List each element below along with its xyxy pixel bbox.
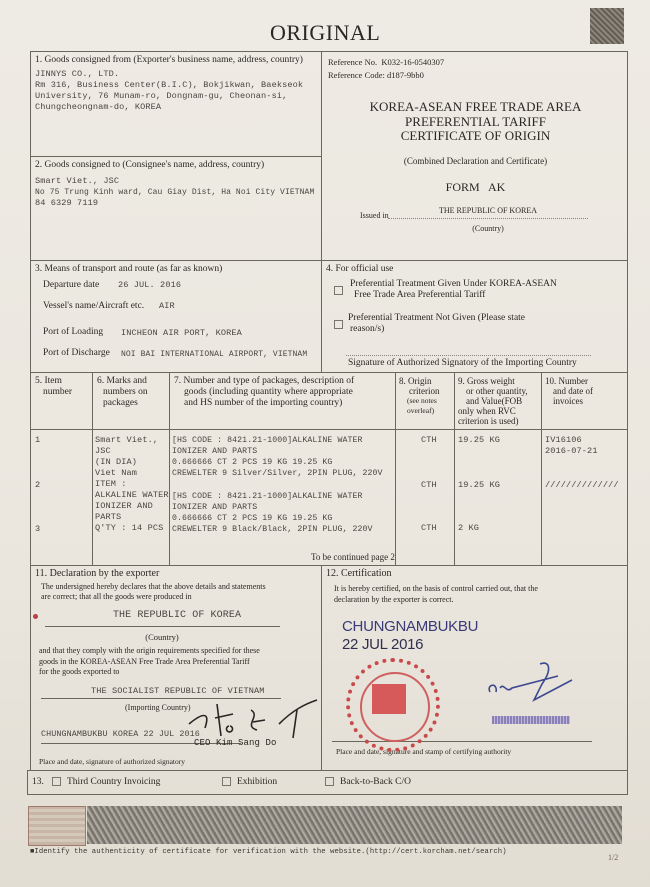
box-13-options: 13. Third Country Invoicing Exhibition B… (27, 770, 628, 795)
departure-date-value: 26 JUL. 2016 (118, 280, 181, 291)
produced-country: THE REPUBLIC OF KOREA (31, 610, 323, 621)
reference-code-label: Reference Code: (328, 70, 385, 80)
certification-text: It is hereby certified, on the basis of … (334, 583, 538, 605)
chamber-seal-icon (346, 658, 440, 752)
importing-signature-caption: Signature of Authorized Signatory of the… (348, 358, 577, 369)
box2-label: 2. Goods consigned to (Consignee's name,… (35, 160, 264, 171)
certifier-footer-caption: Place and date, signature and stamp of c… (336, 746, 511, 757)
third-country-invoicing-option[interactable]: Third Country Invoicing (52, 777, 160, 788)
reference-code-value: d187-9bb0 (387, 70, 424, 80)
marks-and-numbers: Smart Viet.,JSC(IN DIA)Viet NamITEM :ALK… (95, 435, 169, 534)
page-number: 1/2 (608, 852, 618, 863)
back-to-back-checkbox[interactable] (325, 777, 334, 786)
row1-item: 1 (35, 435, 40, 446)
box-official-use: 4. For official use Preferential Treatme… (321, 260, 628, 373)
preferential-not-given-checkbox[interactable] (334, 320, 343, 329)
security-barcode-pattern (87, 806, 622, 844)
exhibition-option[interactable]: Exhibition (222, 777, 277, 788)
row1-invoice: IV161062016-07-21 (545, 435, 598, 457)
exporter-place-date: CHUNGNAMBUKBU KOREA 22 JUL 2016 (41, 729, 200, 740)
certifier-signature-icon (482, 658, 582, 708)
box4-label: 4. For official use (326, 264, 393, 275)
row2-item: 2 (35, 480, 40, 491)
reference-no-label: Reference No. (328, 57, 377, 67)
port-discharge-label: Port of Discharge (43, 348, 110, 359)
goods-table: 5. Itemnumber 6. Marks andnumbers onpack… (30, 372, 628, 566)
vessel-label: Vessel's name/Aircraft etc. (43, 301, 144, 312)
security-pattern-small (28, 806, 86, 846)
certificate-subheading: (Combined Declaration and Certificate) (322, 156, 629, 167)
box-transport: 3. Means of transport and route (as far … (30, 260, 322, 373)
form-name: FORM AK (322, 180, 629, 195)
qr-code-icon (590, 8, 624, 44)
continued-note: To be continued page 2 (311, 552, 395, 563)
exporter-address-1: Rm 316, Business Center(B.I.C), Bokjikwa… (35, 80, 303, 91)
port-loading-value: INCHEON AIR PORT, KOREA (121, 328, 242, 339)
row1-origin: CTH (421, 435, 437, 446)
port-loading-label: Port of Loading (43, 327, 103, 338)
consignee-name: Smart Viet., JSC (35, 176, 119, 187)
box-exporter: 1. Goods consigned from (Exporter's busi… (30, 51, 322, 157)
third-country-checkbox[interactable] (52, 777, 61, 786)
header-marks: 6. Marks andnumbers onpackages (97, 376, 148, 409)
certificate-heading: KOREA-ASEAN FREE TRADE AREA PREFERENTIAL… (322, 100, 629, 144)
row2-description: [HS CODE : 8421.21-1000]ALKALINE WATERIO… (172, 491, 373, 535)
verification-note: ■Identify the authenticity of certificat… (30, 847, 507, 858)
box13-label: 13. (32, 777, 44, 788)
produced-country-caption: (Country) (31, 632, 293, 643)
preferential-not-given-label: Preferential Treatment Not Given (Please… (348, 313, 525, 335)
preferential-given-label: Preferential Treatment Given Under KOREA… (350, 279, 557, 301)
row3-origin: CTH (421, 523, 437, 534)
certificate-page: ORIGINAL 1. Goods consigned from (Export… (0, 0, 650, 887)
back-to-back-option[interactable]: Back-to-Back C/O (325, 777, 411, 788)
vessel-value: AIR (159, 301, 175, 312)
preferential-given-checkbox[interactable] (334, 286, 343, 295)
reference-block: Reference No. K032-16-0540307 Reference … (321, 51, 628, 261)
header-gross-weight: 9. Gross weightor other quantity,and Val… (458, 376, 528, 426)
exporter-signature-icon (181, 696, 321, 746)
header-description: 7. Number and type of packages, descript… (174, 376, 354, 409)
exporter-name: JINNYS CO., LTD. (35, 69, 119, 80)
exporter-address-3: Chungcheongnam-do, KOREA (35, 102, 161, 113)
row3-item: 3 (35, 524, 40, 535)
declaration-text-2: and that they comply with the origin req… (39, 646, 260, 678)
issued-country-caption: (Country) (388, 223, 588, 234)
issued-in-country: THE REPUBLIC OF KOREA (388, 206, 588, 215)
stamp-place: CHUNGNAMBUKBU (342, 618, 478, 636)
document-title: ORIGINAL (270, 20, 380, 46)
exporter-footer-caption: Place and date, signature of authorized … (39, 756, 185, 767)
stamp-date: 22 JUL 2016 (342, 636, 423, 654)
reference-no-value: K032-16-0540307 (381, 57, 444, 67)
issued-in-label: Issued in (360, 210, 389, 221)
departure-date-label: Departure date (43, 280, 99, 291)
row1-description: [HS CODE : 8421.21-1000]ALKALINE WATERIO… (172, 435, 383, 479)
box-exporter-declaration: 11. Declaration by the exporter The unde… (30, 565, 322, 771)
consignee-phone: 84 6329 7119 (35, 198, 98, 209)
consignee-address: No 75 Trung Kinh ward, Cau Giay Dist, Ha… (35, 187, 314, 198)
exporter-address-2: University, 76 Munam-ro, Dongnam-gu, Che… (35, 91, 287, 102)
header-item-number: 5. Itemnumber (35, 376, 72, 398)
header-origin-criterion: 8. Origincriterion(see notesoverleaf) (399, 376, 440, 416)
box3-label: 3. Means of transport and route (as far … (35, 264, 222, 275)
declaration-text-1: The undersigned hereby declares that the… (41, 582, 266, 602)
row2-invoice: ////////////// (545, 480, 619, 491)
port-discharge-value: NOI BAI INTERNATIONAL AIRPORT, VIETNAM (121, 349, 307, 360)
box-consignee: 2. Goods consigned to (Consignee's name,… (30, 156, 322, 261)
box12-label: 12. Certification (326, 568, 392, 579)
row2-weight: 19.25 KG (458, 480, 500, 491)
header-invoices: 10. Numberand date ofinvoices (545, 376, 593, 406)
row2-origin: CTH (421, 480, 437, 491)
row3-weight: 2 KG (458, 523, 479, 534)
exhibition-checkbox[interactable] (222, 777, 231, 786)
box1-label: 1. Goods consigned from (Exporter's busi… (35, 55, 303, 66)
row1-weight: 19.25 KG (458, 435, 500, 446)
box11-label: 11. Declaration by the exporter (35, 568, 159, 579)
official-name-stamp (492, 716, 570, 724)
